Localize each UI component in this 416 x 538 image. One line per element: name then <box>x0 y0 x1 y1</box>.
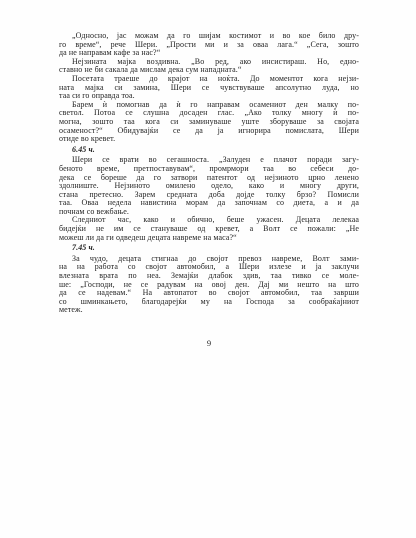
paragraph: Шери се врати во сегашноста. „Залуден е … <box>59 156 359 216</box>
time-heading: 6.45 ч. <box>59 146 359 155</box>
text-line: можеш ли да ги одведеш децата навреме на… <box>59 234 359 243</box>
document-page: „Односно, јас можам да го шијам костимот… <box>0 0 416 538</box>
paragraph: „Односно, јас можам да го шијам костимот… <box>59 32 359 58</box>
time-heading: 7.45 ч. <box>59 244 359 253</box>
text-line: отиде во кревет. <box>59 135 359 144</box>
page-text: „Односно, јас можам да го шијам костимот… <box>59 32 359 315</box>
text-line: метеж. <box>59 306 359 315</box>
paragraph: Нејзината мајка воздивна. „Во ред, ако и… <box>59 58 359 75</box>
paragraph: Посетата траеше до крајот на ноќта. До м… <box>59 75 359 101</box>
paragraph: За чудо, децата стигнаа до својот превоз… <box>59 255 359 315</box>
text-line: 7.45 ч. <box>59 244 359 253</box>
text-line: со шминкањето, благодарејќи му на Господ… <box>59 298 359 307</box>
text-line: 6.45 ч. <box>59 146 359 155</box>
paragraph: Следниот час, како и обично, беше ужасен… <box>59 216 359 242</box>
paragraph: Барем ѝ помогнав да ѝ го направам осамен… <box>59 101 359 144</box>
page-number: 9 <box>59 338 359 348</box>
